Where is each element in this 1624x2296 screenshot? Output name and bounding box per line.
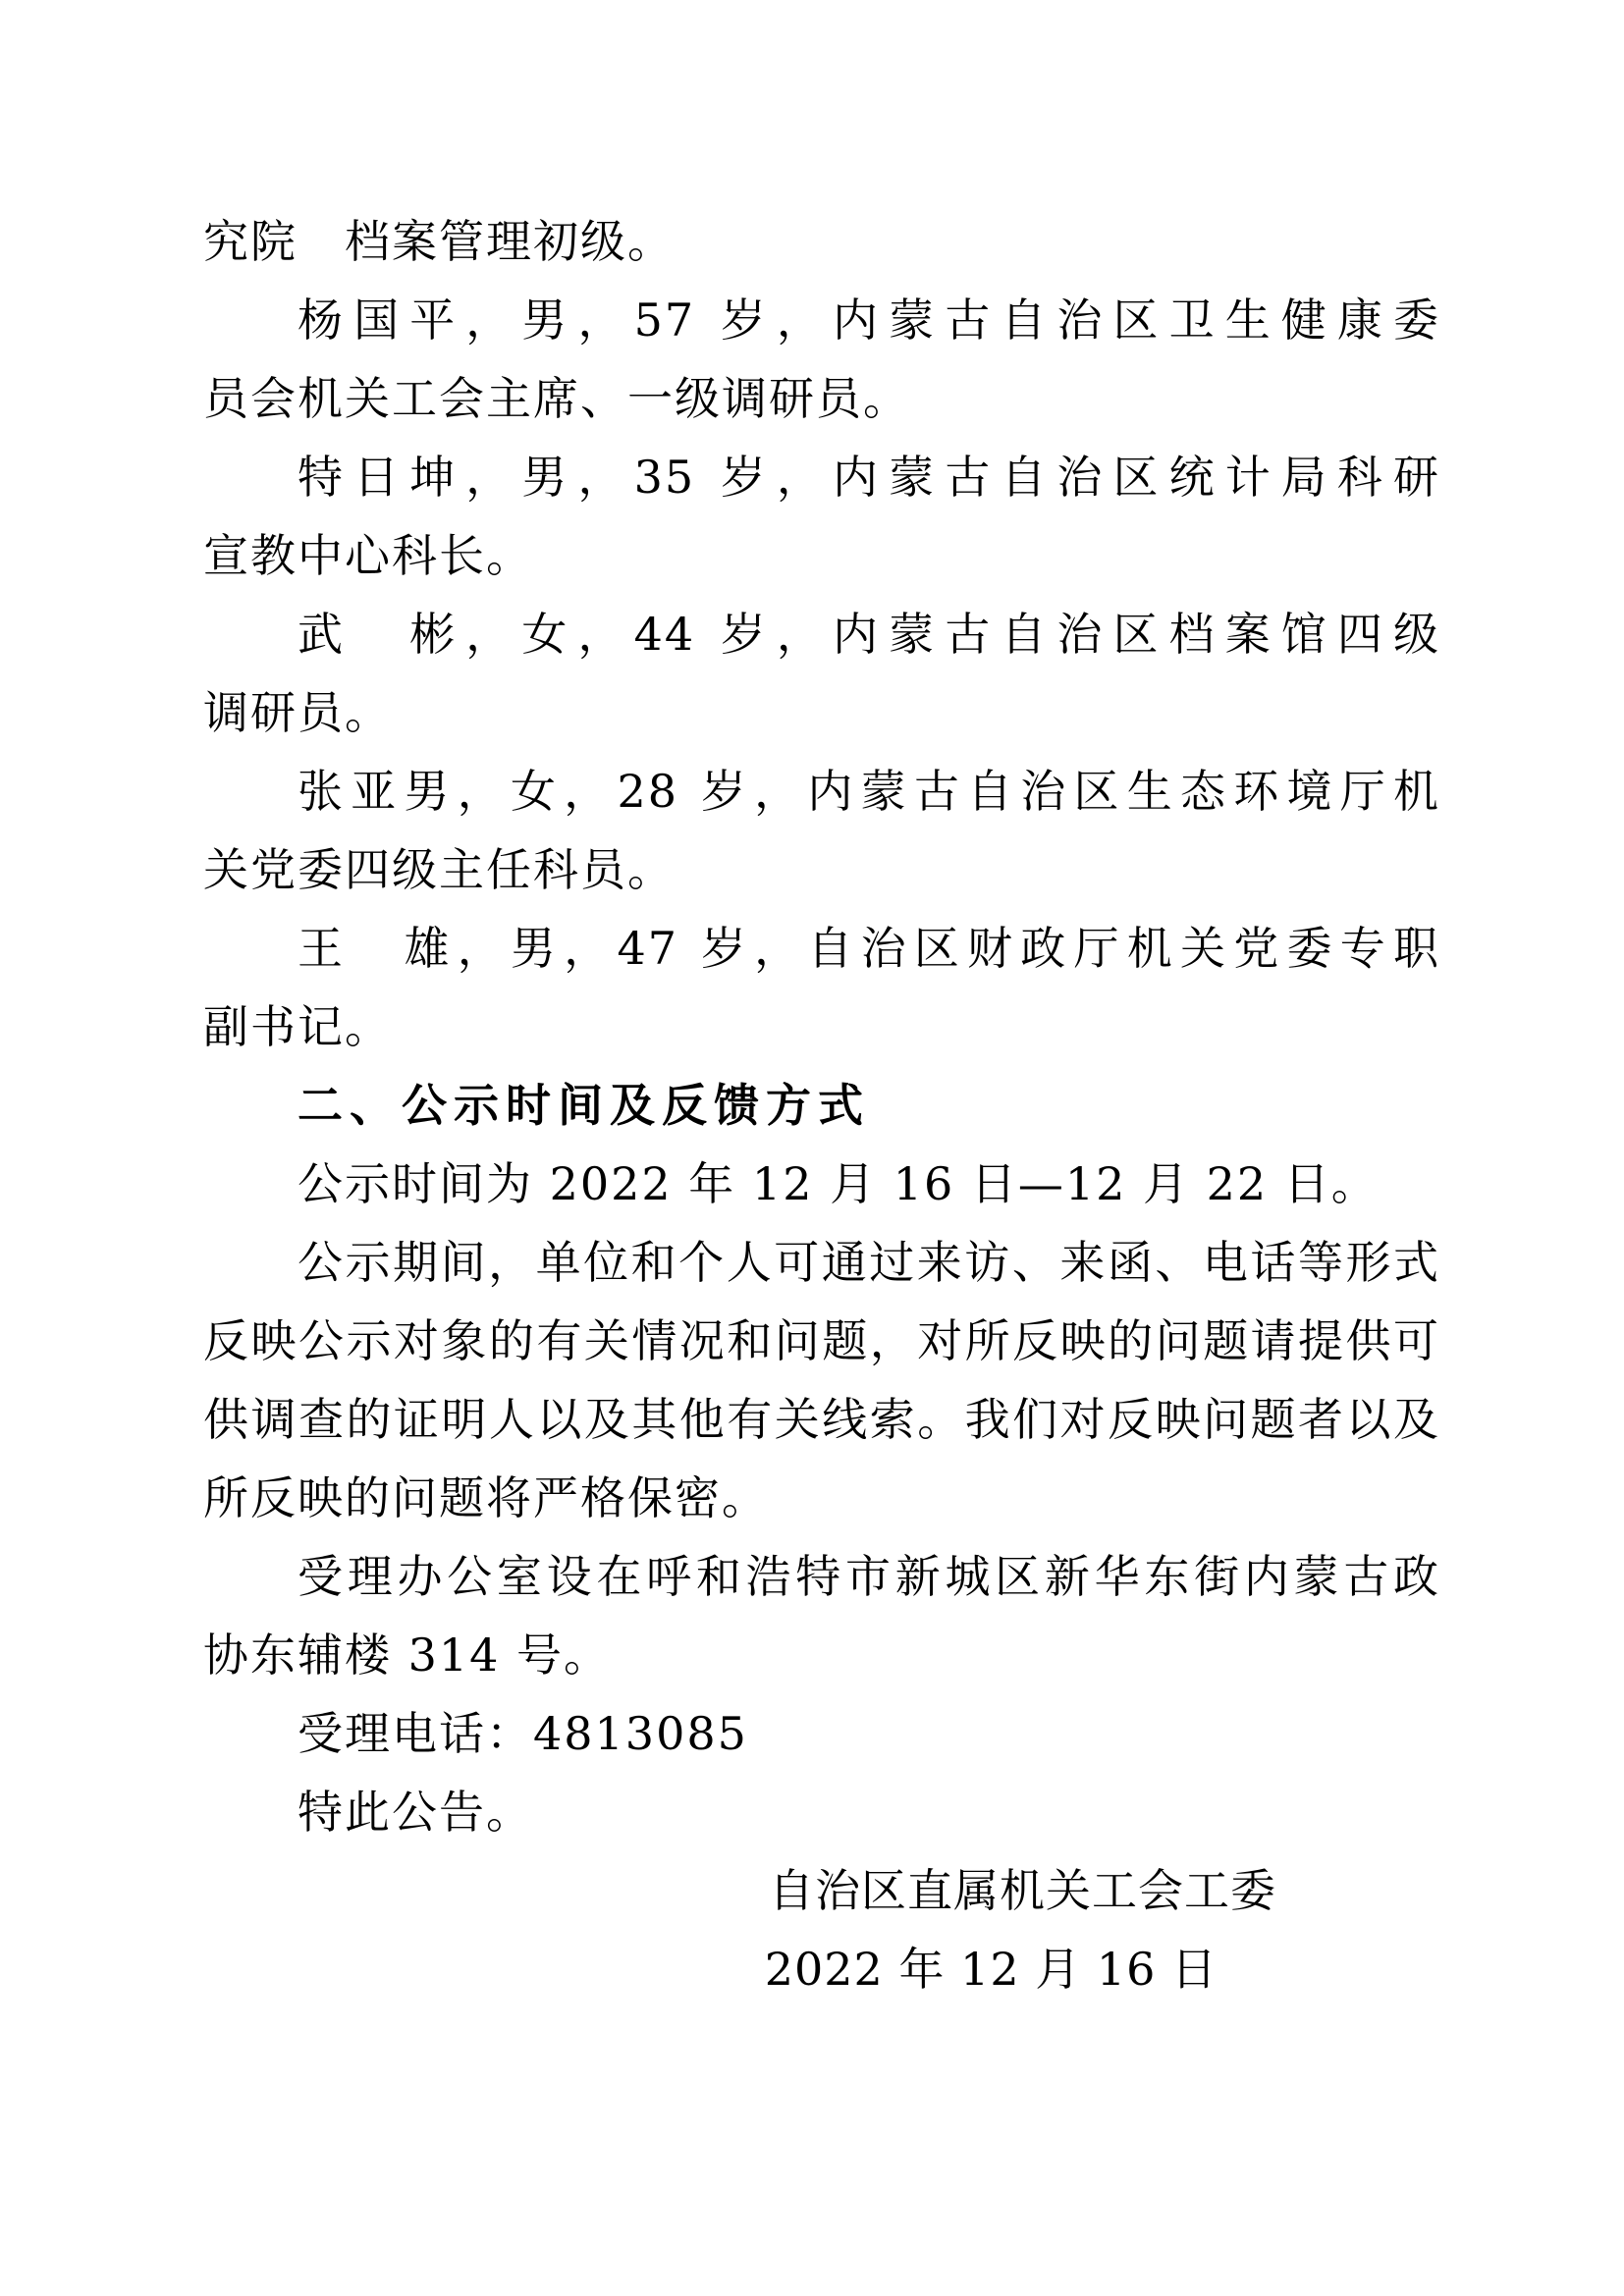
text-line: 武 彬，女，44 岁，内蒙古自治区档案馆四级 bbox=[203, 595, 1440, 673]
text-line: 特日坤，男，35 岁，内蒙古自治区统计局科研 bbox=[203, 438, 1440, 516]
text-line: 受理办公室设在呼和浩特市新城区新华东街内蒙古政 bbox=[203, 1537, 1440, 1616]
text-line: 2022 年 12 月 16 日 bbox=[203, 1930, 1440, 2008]
text-line: 特此公告。 bbox=[203, 1773, 1440, 1851]
text-line: 王 雄，男，47 岁，自治区财政厅机关党委专职 bbox=[203, 909, 1440, 988]
text-line: 公示时间为 2022 年 12 月 16 日—12 月 22 日。 bbox=[203, 1145, 1440, 1223]
text-line: 供调查的证明人以及其他有关线索。我们对反映问题者以及 bbox=[203, 1380, 1440, 1459]
text-line: 所反映的问题将严格保密。 bbox=[203, 1459, 1440, 1537]
text-line: 杨国平，男，57 岁，内蒙古自治区卫生健康委 bbox=[203, 281, 1440, 359]
text-line: 公示期间，单位和个人可通过来访、来函、电话等形式 bbox=[203, 1223, 1440, 1302]
text-line: 副书记。 bbox=[203, 988, 1440, 1066]
text-line: 张亚男，女，28 岁，内蒙古自治区生态环境厅机 bbox=[203, 752, 1440, 830]
text-line: 关党委四级主任科员。 bbox=[203, 830, 1440, 909]
text-line: 受理电话：4813085 bbox=[203, 1694, 1440, 1773]
text-line: 反映公示对象的有关情况和问题，对所反映的问题请提供可 bbox=[203, 1302, 1440, 1380]
text-line: 协东辅楼 314 号。 bbox=[203, 1616, 1440, 1694]
text-line: 调研员。 bbox=[203, 673, 1440, 752]
text-line: 员会机关工会主席、一级调研员。 bbox=[203, 359, 1440, 438]
document-content: 究院 档案管理初级。杨国平，男，57 岁，内蒙古自治区卫生健康委员会机关工会主席… bbox=[203, 202, 1440, 2008]
text-line: 宣教中心科长。 bbox=[203, 516, 1440, 595]
document-lines: 究院 档案管理初级。杨国平，男，57 岁，内蒙古自治区卫生健康委员会机关工会主席… bbox=[203, 202, 1440, 2008]
document-page: 究院 档案管理初级。杨国平，男，57 岁，内蒙古自治区卫生健康委员会机关工会主席… bbox=[0, 0, 1624, 2296]
text-line: 二、公示时间及反馈方式 bbox=[203, 1066, 1440, 1145]
text-line: 究院 档案管理初级。 bbox=[203, 202, 1440, 281]
text-line: 自治区直属机关工会工委 bbox=[203, 1851, 1440, 1930]
